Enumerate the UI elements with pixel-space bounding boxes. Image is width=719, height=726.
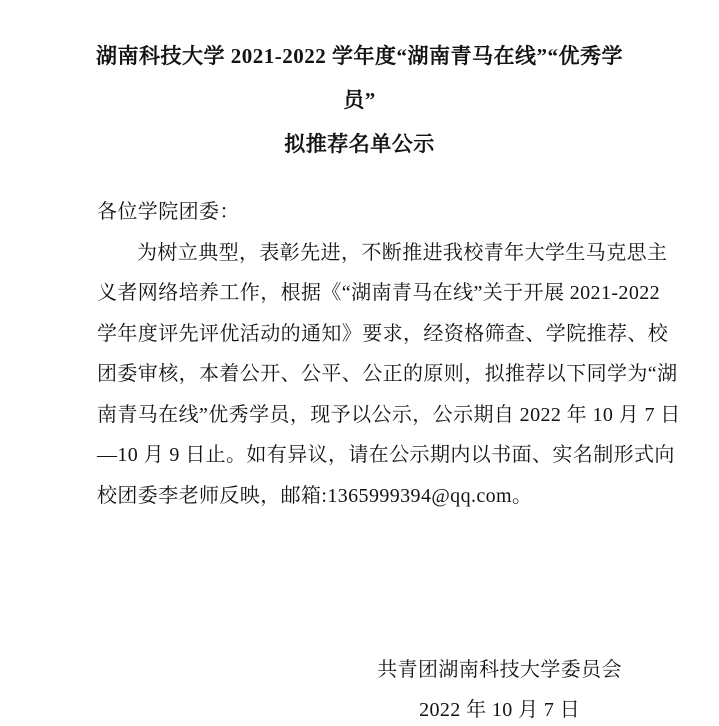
signature-block: 共青团湖南科技大学委员会 2022 年 10 月 7 日: [377, 650, 622, 726]
document-page: 湖南科技大学 2021-2022 学年度“湖南青马在线”“优秀学员” 拟推荐名单…: [0, 0, 719, 726]
body-paragraph: 为树立典型，表彰先进，不断推进我校青年大学生马克思主义者网络培养工作，根据《“湖…: [97, 233, 627, 517]
body-line: —10 月 9 日止。如有异议，请在公示期内以书面、实名制形式向: [97, 435, 627, 476]
body-line: 为树立典型，表彰先进，不断推进我校青年大学生马克思主: [97, 233, 627, 274]
body-line: 义者网络培养工作，根据《“湖南青马在线”关于开展 2021-2022: [97, 273, 627, 314]
body-line: 学年度评先评优活动的通知》要求，经资格筛查、学院推荐、校: [97, 314, 627, 355]
salutation: 各位学院团委：: [97, 192, 627, 233]
title-line-1: 湖南科技大学 2021-2022 学年度“湖南青马在线”“优秀学员”: [80, 34, 639, 122]
body-line: 南青马在线”优秀学员，现予以公示，公示期自 2022 年 10 月 7 日: [97, 395, 627, 436]
signature-date: 2022 年 10 月 7 日: [377, 690, 622, 726]
body-line: 校团委李老师反映，邮箱:1365999394@qq.com。: [97, 476, 627, 517]
signature-organization: 共青团湖南科技大学委员会: [377, 650, 622, 690]
document-body: 各位学院团委： 为树立典型，表彰先进，不断推进我校青年大学生马克思主义者网络培养…: [97, 192, 627, 516]
document-title: 湖南科技大学 2021-2022 学年度“湖南青马在线”“优秀学员” 拟推荐名单…: [0, 34, 719, 166]
title-line-2: 拟推荐名单公示: [80, 122, 639, 166]
body-line: 团委审核，本着公开、公平、公正的原则，拟推荐以下同学为“湖: [97, 354, 627, 395]
